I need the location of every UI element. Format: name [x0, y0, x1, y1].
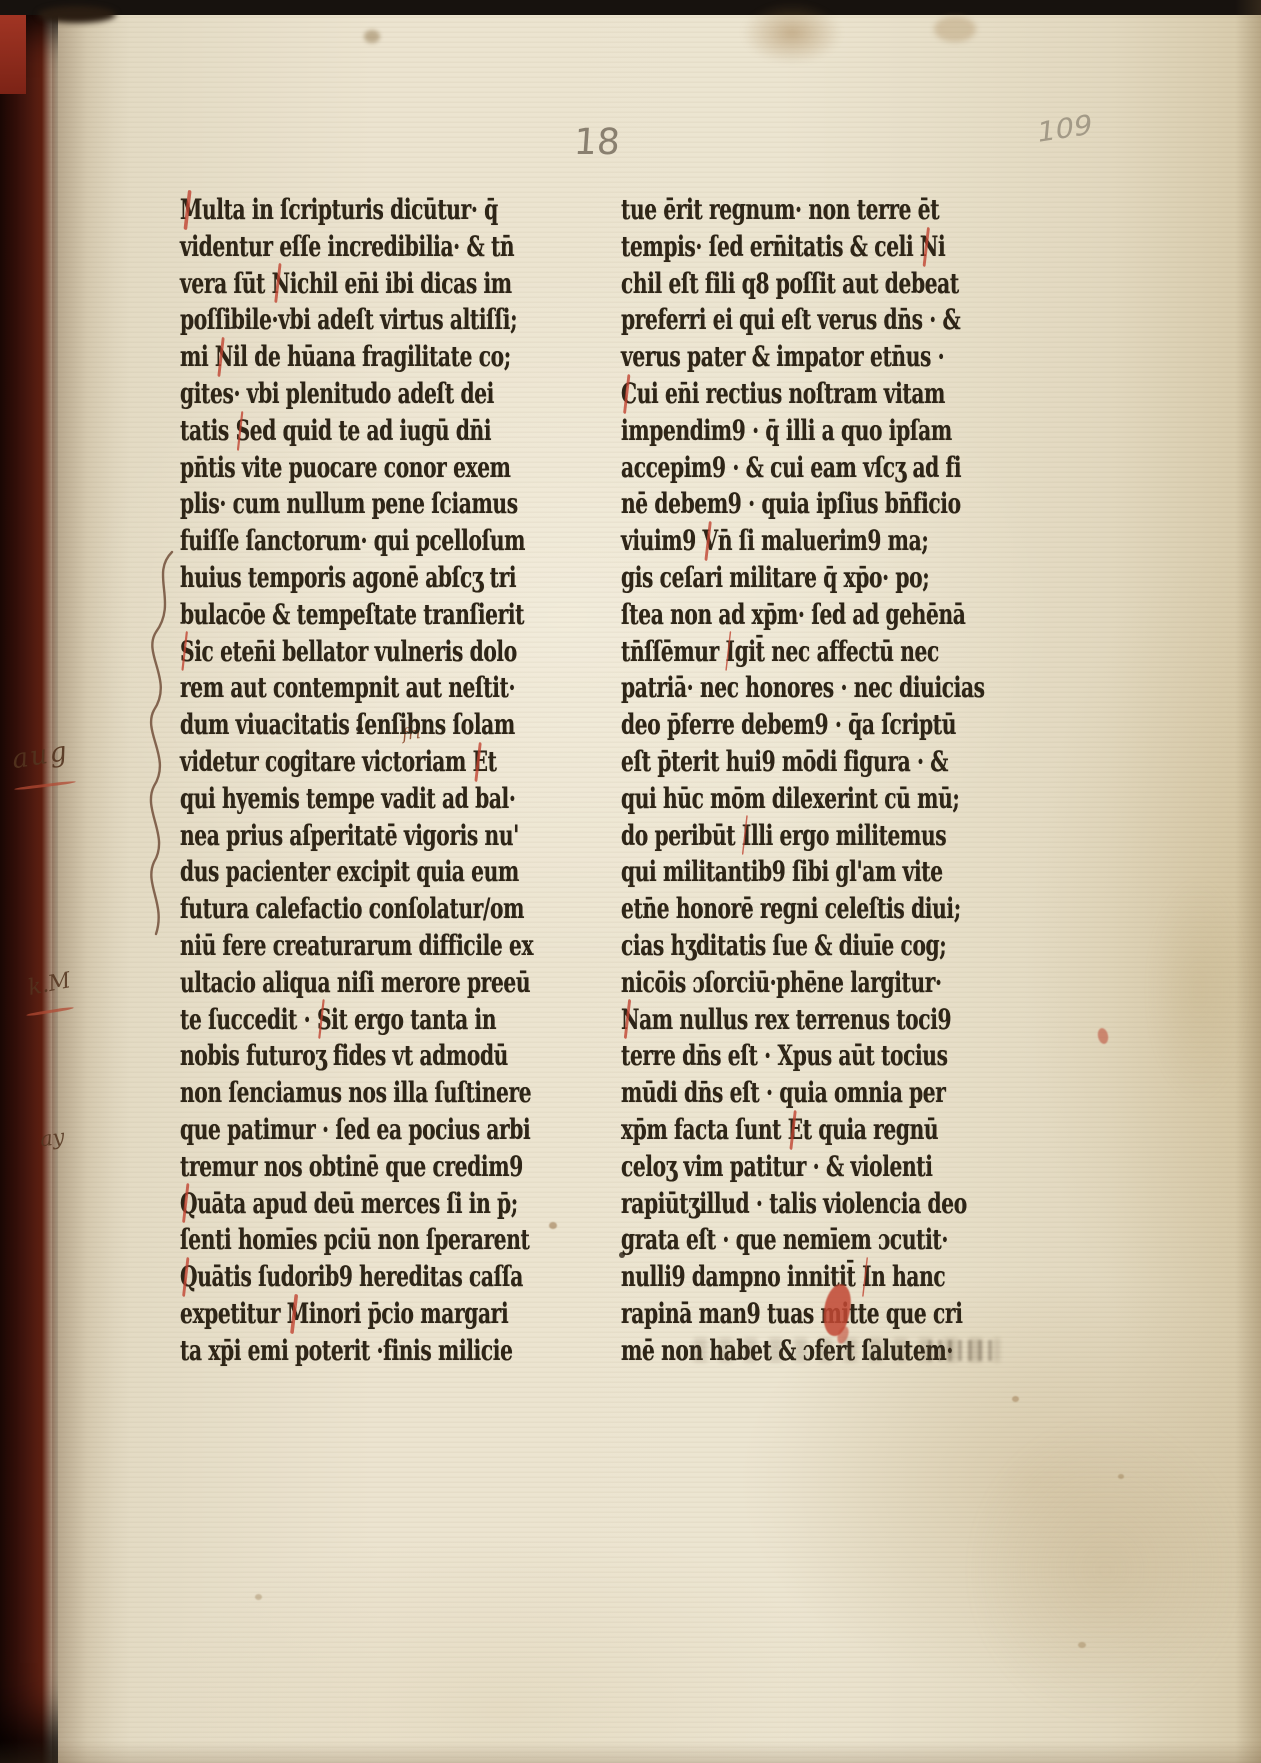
text-line: tue ērit regnum· non terre ēt: [621, 192, 909, 229]
rubricated-initial: I: [726, 634, 735, 671]
rubricated-initial: V: [703, 523, 718, 560]
text-line: Sic eten̄i bellator vulneris dolo: [180, 634, 468, 671]
text-line: vera ſūt Nichil en̄i ibi dicas im: [180, 266, 468, 303]
margin-annotation-3: ay: [39, 1125, 66, 1152]
text-line: cias hʒditatis ſue & diuīe cog;: [621, 928, 909, 965]
text-line: terre dn̄s eſt · Xpus aūt tocius: [621, 1038, 909, 1075]
rubricated-initial: I: [862, 1259, 871, 1296]
text-line: celoʒ vim patitur · & violenti: [621, 1149, 909, 1186]
scan-top-edge: [0, 0, 1261, 15]
text-column-left: Multa in ſcripturis dicūtur· q̄videntur …: [180, 192, 580, 1370]
rubricated-initial: M: [287, 1296, 309, 1333]
text-line: etn̄e honorē regni celeſtis diui;: [621, 891, 909, 928]
text-line: do peribūt Illi ergo militemus: [621, 818, 909, 855]
show-through-numerals: [928, 1340, 992, 1361]
text-line: mūdi dn̄s eſt · quia omnia per: [621, 1075, 909, 1112]
rubricated-initial: E: [473, 744, 488, 781]
rubricated-initial: S: [180, 634, 194, 671]
page-right-edge-shadow: [1235, 0, 1261, 1763]
folio-number-pencil-center: 18: [573, 122, 622, 163]
text-line: mi Nil de hūana fragilitate co;: [180, 339, 468, 376]
rubricated-initial: S: [317, 1002, 331, 1039]
rubricated-initial: Q: [180, 1186, 197, 1223]
text-line: chil eſt fili q8 poſſit aut debeat: [621, 266, 909, 303]
text-line: qui militantib9 ſibi gl'am vite: [621, 854, 909, 891]
text-line: bulacōe & tempeſtate tranſierit: [180, 597, 468, 634]
text-line: verus pater & impator etn̄us ·: [621, 339, 909, 376]
text-line: ultacio aliqua niſi merore preeū: [180, 965, 468, 1002]
text-line: deo p̄ferre debem9 · q̄a ſcriptū: [621, 707, 909, 744]
rubricated-initial: N: [621, 1002, 639, 1039]
margin-brace-mark: [138, 548, 182, 938]
text-line: nulli9 dampno innitit̄ In hanc: [621, 1259, 909, 1296]
text-line: niū fere creaturarum difficile ex: [180, 928, 468, 965]
text-line: Nam nullus rex terrenus toci9: [621, 1002, 909, 1039]
text-line: impendim9 · q̄ illi a quo ipſam: [621, 413, 909, 450]
text-line: ſenti homīes pciū non ſperarent: [180, 1222, 468, 1259]
text-line: Cui en̄i rectius noſtram vitam: [621, 376, 909, 413]
text-line: dus pacienter excipit quia eum: [180, 854, 468, 891]
manuscript-scan-root: { "page": { "folio_number_top_center": "…: [0, 0, 1261, 1763]
text-line: ta xp̄i emi poterit ·finis milicie: [180, 1333, 468, 1370]
text-line: dum viuacitatis ſenſibns ſolam: [180, 707, 468, 744]
text-line: videntur eſſe incredibilia· & tn̄: [180, 229, 468, 266]
text-line: fuiſſe ſanctorum· qui pcelloſum: [180, 523, 468, 560]
binding-top-curl: [38, 6, 116, 23]
text-line: rapinā man9 tuas mitte que cri: [621, 1296, 909, 1333]
text-line: Multa in ſcripturis dicūtur· q̄: [180, 192, 468, 229]
text-line: nē debem9 · quia ipſius bn̄ficio: [621, 486, 909, 523]
text-line: ſtea non ad xp̄m· ſed ad gehēnā: [621, 597, 909, 634]
page-bottom-edge-shadow: [0, 1741, 1261, 1763]
text-line: tempis· ſed ern̄itatis & celi Ni: [621, 229, 909, 266]
text-column-right: tue ērit regnum· non terre ēttempis· ſed…: [621, 192, 1021, 1370]
text-line: rapiūtʒillud · talis violencia deo: [621, 1186, 909, 1223]
text-line: pn̄tis vite puocare conor exem: [180, 450, 468, 487]
text-line: videtur cogitare victoriam Et: [180, 744, 468, 781]
gutter-crease: [52, 0, 130, 1763]
text-line: eſt p̄terit hui9 mōdi figura · &: [621, 744, 909, 781]
text-line: Quāta apud deū merces ſi in p̄;: [180, 1186, 468, 1223]
text-line: que patimur · ſed ea pocius arbi: [180, 1112, 468, 1149]
manuscript-page-scan: 18 109 aug k.M ay fri Multa in ſcripturi…: [0, 0, 1261, 1763]
rubricated-initial: I: [742, 818, 751, 855]
text-line: te ſuccedit · Sit ergo tanta in: [180, 1002, 468, 1039]
text-line: accepim9 · & cui eam vſcʒ ad fi: [621, 450, 909, 487]
rubricated-initial: S: [236, 413, 250, 450]
text-line: nicōis ɔſorciū·phēne largitur·: [621, 965, 909, 1002]
rubricated-initial: E: [788, 1112, 803, 1149]
book-binding-edge: [0, 0, 58, 1763]
rubricated-initial: N: [215, 339, 233, 376]
rubricated-initial: C: [621, 376, 637, 413]
text-line: qui hūc mōm dilexerint cū mū;: [621, 781, 909, 818]
text-line: poſſibile·vbi adeſt virtus altiſſi;: [180, 302, 468, 339]
text-line: grata eſt · que nemīem ɔcutit·: [621, 1222, 909, 1259]
text-line: preferri ei qui eſt verus dn̄s · &: [621, 302, 909, 339]
text-line: patriā· nec honores · nec diuicias: [621, 670, 909, 707]
text-line: nobis futuroʒ fides vt admodū: [180, 1038, 468, 1075]
text-line: gites· vbi plenitudo adeſt dei: [180, 376, 468, 413]
rubricated-initial: N: [920, 229, 938, 266]
text-line: gis ceſari militare q̄ xp̄o· po;: [621, 560, 909, 597]
text-line: tremur nos obtinē que credim9: [180, 1149, 468, 1186]
text-line: tatis Sed quid te ad iugū dn̄i: [180, 413, 468, 450]
text-line: rem aut contempnit aut neſtit·: [180, 670, 468, 707]
text-line: nea prius aſperitatē vigoris nu': [180, 818, 468, 855]
text-line: xp̄m facta ſunt Et quia regnū: [621, 1112, 909, 1149]
rubricated-initial: M: [180, 192, 202, 229]
text-line: expetitur Minori p̄cio margari: [180, 1296, 468, 1333]
text-line: qui hyemis tempe vadit ad bal·: [180, 781, 468, 818]
text-line: Quātis ſudorib9 hereditas caſſa: [180, 1259, 468, 1296]
text-line: huius temporis agonē abſcʒ tri: [180, 560, 468, 597]
text-line: plis· cum nullum pene ſciamus: [180, 486, 468, 523]
rubricated-initial: Q: [180, 1259, 197, 1296]
rubricated-initial: N: [272, 266, 290, 303]
text-line: viuim9 Vn̄ ſi maluerim9 ma;: [621, 523, 909, 560]
text-line: non ſenciamus nos illa ſuſtinere: [180, 1075, 468, 1112]
text-line: futura calefactio conſolatur/om: [180, 891, 468, 928]
text-line: tn̄ſſēmur Igit̄ nec affectū nec: [621, 634, 909, 671]
